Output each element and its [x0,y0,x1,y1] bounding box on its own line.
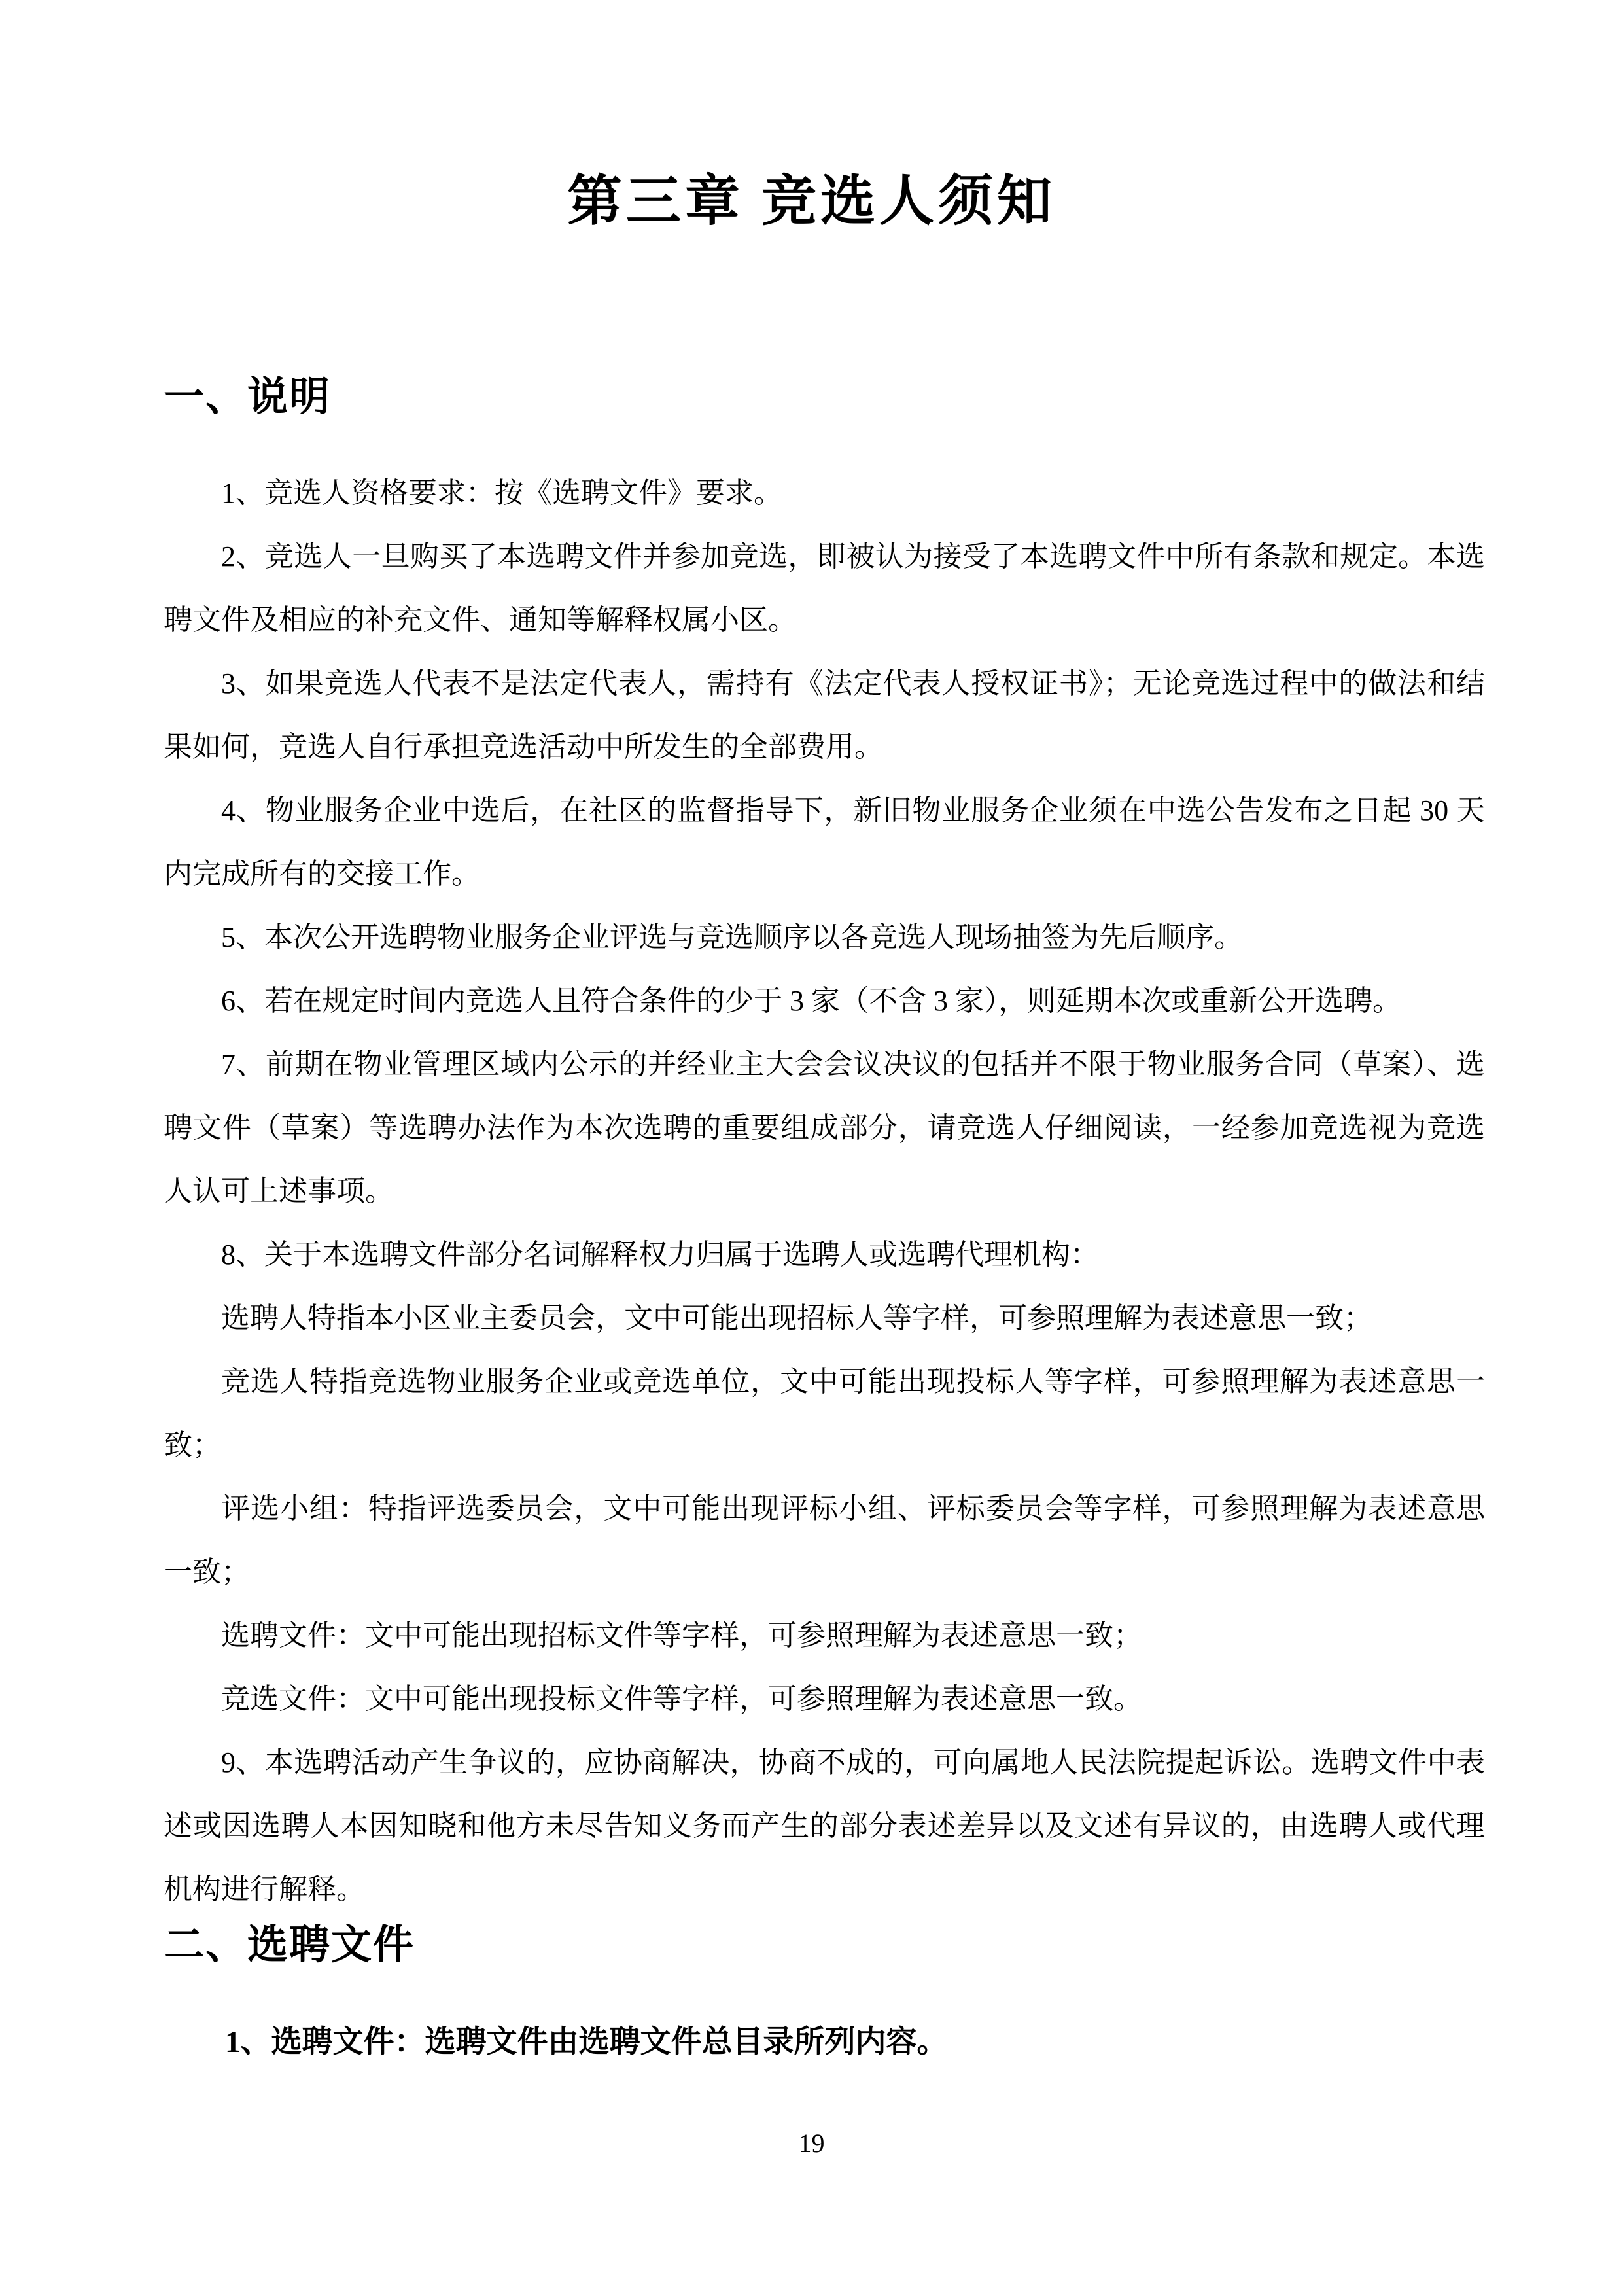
paragraph-1: 1、竞选人资格要求：按《选聘文件》要求。 [164,461,1485,525]
section-1-body: 1、竞选人资格要求：按《选聘文件》要求。 2、竞选人一旦购买了本选聘文件并参加竞… [164,461,1485,1921]
document-page: 第三章 竞选人须知 一、说明 1、竞选人资格要求：按《选聘文件》要求。 2、竞选… [0,0,1623,2296]
section-heading-xuanpinwenjian: 二、选聘文件 [164,1912,415,1970]
paragraph-3: 3、如果竞选人代表不是法定代表人，需持有《法定代表人授权证书》；无论竞选过程中的… [164,652,1485,779]
paragraph-8-def-xuanpinwenjian: 选聘文件：文中可能出现招标文件等字样，可参照理解为表述意思一致； [164,1604,1485,1667]
paragraph-4: 4、物业服务企业中选后，在社区的监督指导下，新旧物业服务企业须在中选公告发布之日… [164,779,1485,906]
section-2-item-1: 1、选聘文件：选聘文件由选聘文件总目录所列内容。 [164,2022,1485,2062]
paragraph-7: 7、前期在物业管理区域内公示的并经业主大会会议决议的包括并不限于物业服务合同（草… [164,1033,1485,1223]
paragraph-8-def-jingxuanren: 竞选人特指竞选物业服务企业或竞选单位，文中可能出现投标人等字样，可参照理解为表述… [164,1350,1485,1477]
paragraph-2: 2、竞选人一旦购买了本选聘文件并参加竞选，即被认为接受了本选聘文件中所有条款和规… [164,525,1485,652]
section-heading-shuoming: 一、说明 [164,364,331,422]
paragraph-5: 5、本次公开选聘物业服务企业评选与竞选顺序以各竞选人现场抽签为先后顺序。 [164,906,1485,969]
paragraph-6: 6、若在规定时间内竞选人且符合条件的少于 3 家（不含 3 家），则延期本次或重… [164,969,1485,1033]
chapter-title: 第三章 竞选人须知 [0,157,1623,236]
paragraph-8: 8、关于本选聘文件部分名词解释权力归属于选聘人或选聘代理机构： [164,1223,1485,1286]
page-number: 19 [0,2128,1623,2159]
paragraph-8-def-jingxuanwenjian: 竞选文件：文中可能出现投标文件等字样，可参照理解为表述意思一致。 [164,1667,1485,1731]
paragraph-8-def-pingxuanxiaozu: 评选小组：特指评选委员会，文中可能出现评标小组、评标委员会等字样，可参照理解为表… [164,1477,1485,1604]
paragraph-8-def-xuanpinren: 选聘人特指本小区业主委员会，文中可能出现招标人等字样，可参照理解为表述意思一致； [164,1286,1485,1350]
paragraph-9: 9、本选聘活动产生争议的，应协商解决，协商不成的，可向属地人民法院提起诉讼。选聘… [164,1731,1485,1921]
